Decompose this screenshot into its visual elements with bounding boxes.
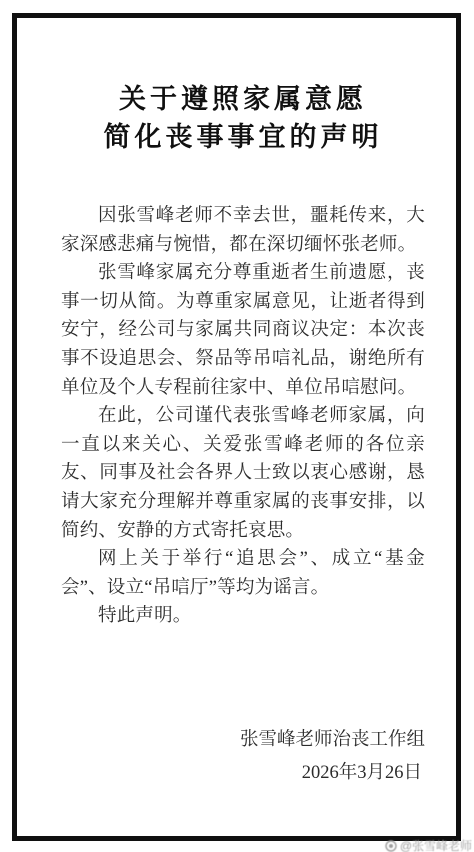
document-content: 关于遵照家属意愿 简化丧事事宜的声明 因张雪峰老师不幸去世，噩耗传来，大家深感悲… bbox=[17, 18, 456, 836]
signature: 张雪峰老师治丧工作组 bbox=[61, 724, 425, 757]
title-line-2: 简化丧事事宜的声明 bbox=[104, 122, 383, 152]
paragraph-condolence: 因张雪峰老师不幸去世，噩耗传来，大家深感悲痛与惋惜，都在深切缅怀张老师。 bbox=[61, 202, 425, 259]
paragraph-closing: 特此声明。 bbox=[61, 602, 425, 631]
weibo-watermark: @张雪峰老师 bbox=[385, 838, 472, 852]
statement-date: 2026年3月26日 bbox=[61, 757, 425, 790]
paragraph-rumor-denial: 网上关于举行“追思会”、成立“基金会”、设立“吊唁厅”等均为谣言。 bbox=[61, 545, 425, 602]
statement-body: 因张雪峰老师不幸去世，噩耗传来，大家深感悲痛与惋惜，都在深切缅怀张老师。 张雪峰… bbox=[61, 202, 425, 631]
statement-image: 关于遵照家属意愿 简化丧事事宜的声明 因张雪峰老师不幸去世，噩耗传来，大家深感悲… bbox=[0, 0, 474, 852]
paragraph-thanks: 在此，公司谨代表张雪峰老师家属，向一直以来关心、关爱张雪峰老师的各位亲友、同事及… bbox=[61, 402, 425, 545]
weibo-watermark-text: @张雪峰老师 bbox=[400, 838, 472, 852]
document-border-frame: 关于遵照家属意愿 简化丧事事宜的声明 因张雪峰老师不幸去世，噩耗传来，大家深感悲… bbox=[12, 13, 461, 841]
signature-block: 张雪峰老师治丧工作组 2026年3月26日 bbox=[61, 724, 425, 790]
weibo-eye-icon bbox=[385, 840, 397, 852]
paragraph-family-decision: 张雪峰家属充分尊重逝者生前遗愿，丧事一切从简。为尊重家属意见，让逝者得到安宁，经… bbox=[61, 259, 425, 402]
title-line-1: 关于遵照家属意愿 bbox=[119, 84, 367, 114]
statement-title: 关于遵照家属意愿 简化丧事事宜的声明 bbox=[61, 80, 425, 156]
